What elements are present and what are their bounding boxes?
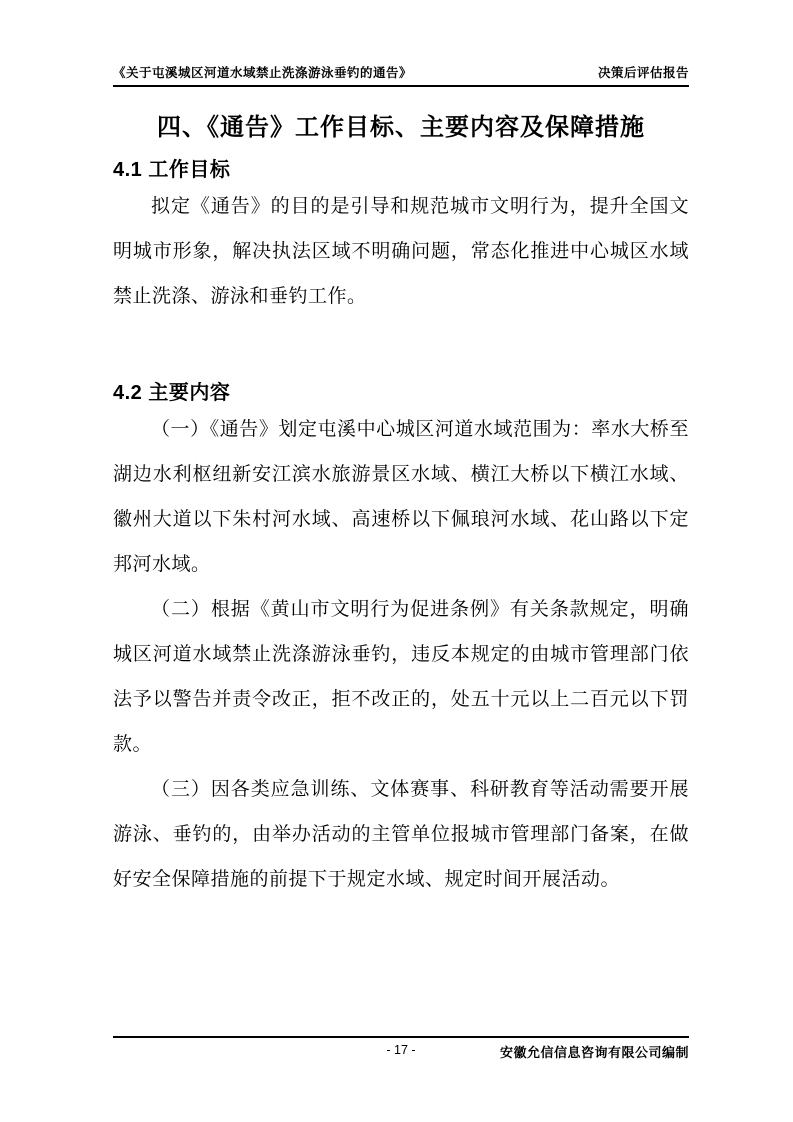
page-number: - 17 - [386,1043,415,1057]
paragraph-content-3: （三）因各类应急训练、文体赛事、科研教育等活动需要开展游泳、垂钓的，由举办活动的… [113,767,689,902]
header-report-type: 决策后评估报告 [598,63,689,81]
page-content: 四、《通告》工作目标、主要内容及保障措施 4.1 工作目标 拟定《通告》的目的是… [113,100,689,902]
header-document-title: 《关于屯溪城区河道水域禁止洗涤游泳垂钓的通告》 [113,63,412,81]
section-heading-4-2: 4.2 主要内容 [113,379,689,407]
document-page: 《关于屯溪城区河道水域禁止洗涤游泳垂钓的通告》 决策后评估报告 四、《通告》工作… [0,0,793,1122]
page-header: 《关于屯溪城区河道水域禁止洗涤游泳垂钓的通告》 决策后评估报告 [113,63,689,87]
section-heading-4-1: 4.1 工作目标 [113,156,689,184]
page-footer: - 17 - 安徽允信信息咨询有限公司编制 [113,1036,689,1058]
paragraph-content-1: （一）《通告》划定屯溪中心城区河道水域范围为：率水大桥至湖边水利枢纽新安江滨水旅… [113,407,689,587]
page-title: 四、《通告》工作目标、主要内容及保障措施 [113,108,689,148]
paragraph-goal: 拟定《通告》的目的是引导和规范城市文明行为，提升全国文明城市形象，解决执法区域不… [113,184,689,319]
paragraph-content-2: （二）根据《黄山市文明行为促进条例》有关条款规定，明确城区河道水域禁止洗涤游泳垂… [113,587,689,767]
footer-company: 安徽允信信息咨询有限公司编制 [500,1042,689,1061]
